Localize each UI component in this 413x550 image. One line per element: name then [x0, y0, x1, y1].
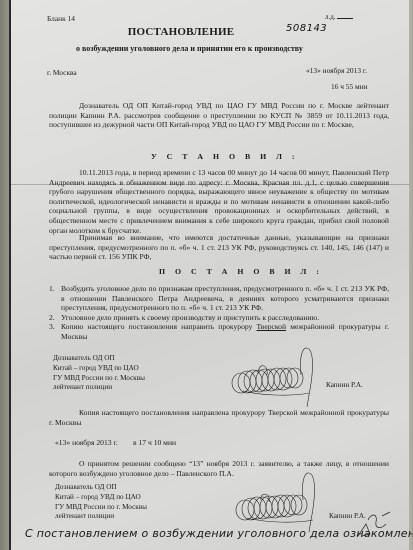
handwritten-acknowledgement: С постановлением о возбуждении уголовног… [25, 529, 413, 539]
signatory-line: Дознаватель ОД ОП [53, 354, 145, 364]
decision-text: Копию настоящего постановления направить… [61, 322, 389, 341]
signature-icon [233, 470, 333, 535]
case-ref-blank [337, 18, 353, 19]
decision-item: 1. Возбудить уголовное дело по признакам… [49, 284, 389, 313]
signatory-line: ГУ МВД России по г. Москвы [53, 374, 145, 384]
established-heading: У С Т А Н О В И Л : [151, 152, 299, 162]
intro-paragraph: Дознаватель ОД ОП Китай-город УВД по ЦАО… [49, 101, 389, 130]
signatory-line: лейтенант полиции [55, 512, 147, 522]
document-page: Бланк 14 л.д. 508143 ПОСТАНОВЛЕНИЕ о воз… [9, 0, 409, 550]
decision-number: 1. [49, 284, 61, 313]
signatory-line: ГУ МВД России по г. Москвы [55, 503, 147, 513]
prosecutor-office-name: Тверской [257, 322, 287, 331]
decision-item: 3. Копию настоящего постановления направ… [49, 322, 389, 341]
document-time: 16 ч 55 мин [331, 82, 368, 92]
document-title: ПОСТАНОВЛЕНИЕ [11, 28, 351, 38]
case-ref-label: л.д. [325, 13, 336, 21]
case-ref: л.д. [325, 13, 353, 23]
notification-paragraph: О принятом решении сообщено “13” ноября … [49, 459, 389, 478]
decision-text: Уголовное дело принять к своему производ… [61, 313, 389, 323]
copy-sent-date: «13» ноября 2013 г. [55, 438, 118, 448]
decision-number: 3. [49, 322, 61, 341]
signatory-name: Капнин Р.А. [326, 381, 363, 391]
city: г. Москва [47, 68, 77, 78]
form-label: Бланк 14 [47, 14, 75, 24]
signatory-line: лейтенант полиции [53, 383, 145, 393]
copy-sent-time: в 17 ч 10 мин [133, 438, 176, 448]
signatory-line: Китай – город УВД по ЦАО [53, 364, 145, 374]
decided-heading: П О С Т А Н О В И Л : [159, 267, 323, 277]
decision-text-part: Копию настоящего постановления направить… [61, 322, 252, 331]
document-date: «13» ноября 2013 г. [306, 66, 367, 76]
document-subtitle: о возбуждении уголовного дела и принятии… [76, 44, 303, 54]
decision-number: 2. [49, 313, 61, 323]
signatory-line: Китай – город УВД по ЦАО [55, 493, 147, 503]
signatory-block: Дознаватель ОД ОП Китай – город УВД по Ц… [53, 354, 145, 393]
considering-paragraph: Принимая во внимание, что имеются достат… [49, 233, 389, 262]
decisions-list: 1. Возбудить уголовное дело по признакам… [49, 284, 389, 342]
decision-item: 2. Уголовное дело принять к своему произ… [49, 313, 389, 323]
established-paragraph: 10.11.2013 года, в период времени с 13 ч… [49, 168, 389, 235]
signatory-line: Дознаватель ОД ОП [55, 483, 147, 493]
decision-text: Возбудить уголовное дело по признакам пр… [61, 284, 389, 313]
signature-icon [229, 345, 329, 410]
copy-sent-paragraph: Копия настоящего постановления направлен… [49, 408, 389, 427]
signatory-block-2: Дознаватель ОД ОП Китай – город УВД по Ц… [55, 483, 147, 522]
